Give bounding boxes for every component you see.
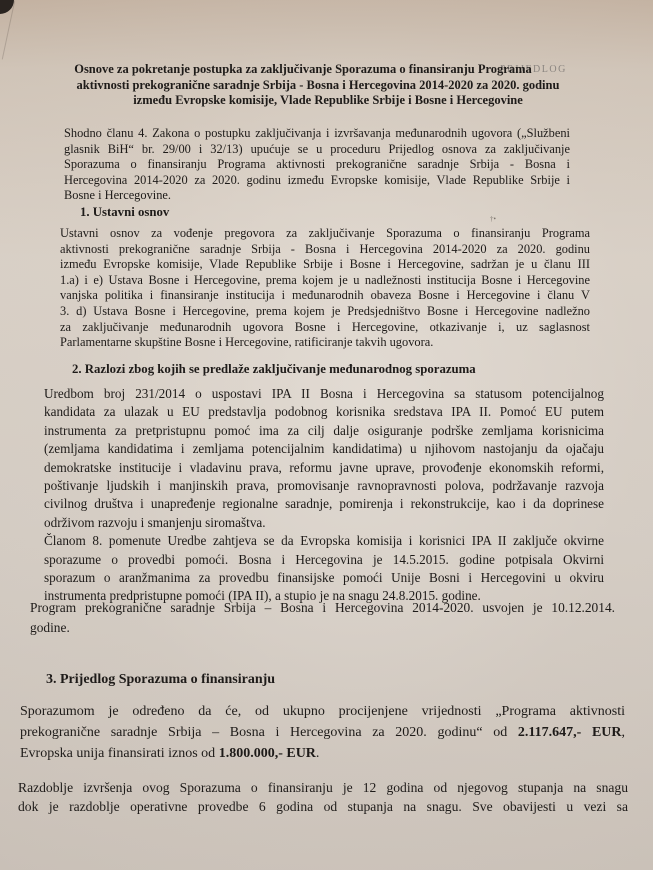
text-line: Razdoblje izvršenja ovog Sporazuma o fin… — [18, 778, 628, 797]
text-line: održivom razvoju i smanjenju siromaštva. — [44, 514, 604, 532]
text-line: instrumenta za pretpristupnu pomoć ima z… — [44, 422, 604, 440]
text-line: godine. — [30, 618, 615, 638]
intro-paragraph: Shodno članu 4. Zakona o postupku zaklju… — [64, 126, 570, 204]
text-line: sporazum o aranžmanima za provedbu finan… — [44, 569, 604, 587]
section-2-program-paragraph: Program prekogranične saradnje Srbija – … — [30, 598, 615, 638]
section-heading-2: 2. Razlozi zbog kojih se predlaže zaklju… — [72, 362, 476, 377]
section-3-period-paragraph: Razdoblje izvršenja ovog Sporazuma o fin… — [18, 778, 628, 816]
text-line: između Evropske komisije, Vlade Republik… — [60, 257, 590, 273]
text-line: poštivanje ljudskih i manjinskih prava, … — [44, 477, 604, 495]
text-line: Hercegovina 2014-2020 za 2020. godinu iz… — [64, 173, 570, 189]
text-line: Parlamentarne skupštine Bosne i Hercegov… — [60, 335, 590, 351]
section-heading-1: 1. Ustavni osnov — [80, 205, 169, 220]
section-3-paragraph: Sporazumom je određeno da će, od ukupno … — [20, 701, 625, 764]
text-line: Sporazuma o finansiranju Programa aktivn… — [64, 157, 570, 173]
text-line: Shodno članu 4. Zakona o postupku zaklju… — [64, 126, 570, 142]
document-page: PRIJEDLOG Osnove za pokretanje postupka … — [0, 0, 653, 870]
text-line: Sporazumom je određeno da će, od ukupno … — [20, 701, 625, 722]
title-line: aktivnosti prekogranične saradnje Srbija… — [58, 78, 578, 94]
title-line: Osnove za pokretanje postupka za zaključ… — [28, 62, 578, 78]
text-line: sporazume o provedbi pomoći. Bosna i Her… — [44, 551, 604, 569]
text-line-eu: Evropska unija finansirati iznos od 1.80… — [20, 743, 625, 764]
section-heading-3: 3. Prijedlog Sporazuma o finansiranju — [46, 672, 275, 688]
total-amount: 2.117.647,- EUR — [518, 725, 622, 740]
section-1-paragraph: Ustavni osnov za vođenje pregovora za za… — [60, 226, 590, 351]
text-line: Uredbom broj 231/2014 o uspostavi IPA II… — [44, 385, 604, 403]
text-line: Članom 8. pomenute Uredbe zahtjeva se da… — [44, 532, 604, 550]
text-line-total: prekogranične saradnje Srbija – Bosna i … — [20, 722, 625, 743]
section-2-paragraph: Uredbom broj 231/2014 o uspostavi IPA II… — [44, 385, 604, 606]
title-line: između Evropske komisije, Vlade Republik… — [78, 93, 578, 109]
text-line: demokratske institucije i vladavinu prav… — [44, 459, 604, 477]
text-line: Bosne i Hercegovine. — [64, 188, 570, 204]
document-title: Osnove za pokretanje postupka za zaključ… — [58, 62, 578, 109]
text-line: vanjska politika i finansiranje instituc… — [60, 288, 590, 304]
text-line: za zaključivanje međunarodnih ugovora Bo… — [60, 320, 590, 336]
text-line: aktivnosti prekogranične saradnje Srbija… — [60, 242, 590, 258]
text-line: kandidata za ulazak u EU predstavlja pod… — [44, 403, 604, 421]
text-line: 1.a) i e) Ustava Bosne i Hercegovine, pr… — [60, 273, 590, 289]
text-line: Ustavni osnov za vođenje pregovora za za… — [60, 226, 590, 242]
eu-amount: 1.800.000,- EUR — [219, 746, 316, 761]
text-line: glasnik BiH“ br. 29/00 i 32/13) upućuje … — [64, 142, 570, 158]
text-line: Program prekogranične saradnje Srbija – … — [30, 598, 615, 618]
text-line: 3. d) Ustava Bosne i Hercegovine, prema … — [60, 304, 590, 320]
text-line: (zemljama kandidatima i zemljama potenci… — [44, 440, 604, 458]
margin-mark: †• — [490, 215, 496, 223]
text-line: civilnog društva i unapređenje regionaln… — [44, 495, 604, 513]
text-line: dok je razdoblje operativne provedbe 6 g… — [18, 797, 628, 816]
